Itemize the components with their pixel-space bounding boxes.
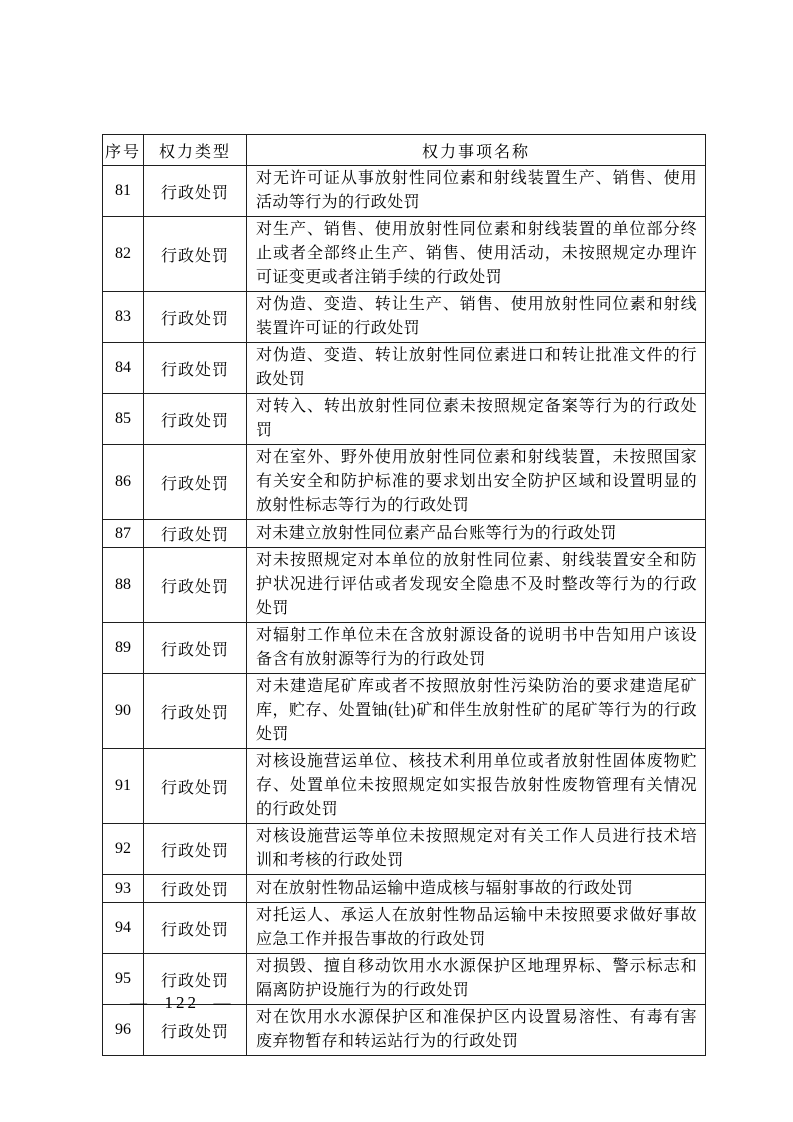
table-row: 82行政处罚对生产、销售、使用放射性同位素和射线装置的单位部分终止或者全部终止生… [103, 217, 706, 292]
row-power-item-name: 对伪造、变造、转让生产、销售、使用放射性同位素和射线装置许可证的行政处罚 [247, 292, 706, 343]
row-power-item-name: 对托运人、承运人在放射性物品运输中未按照要求做好事故应急工作并报告事故的行政处罚 [247, 903, 706, 954]
row-serial-number: 94 [103, 903, 144, 954]
row-power-item-name: 对在室外、野外使用放射性同位素和射线装置，未按照国家有关安全和防护标准的要求划出… [247, 445, 706, 520]
table-row: 91行政处罚对核设施营运单位、核技术利用单位或者放射性固体废物贮存、处置单位未按… [103, 749, 706, 824]
row-power-type: 行政处罚 [144, 520, 247, 548]
header-power-item-name: 权力事项名称 [247, 135, 706, 166]
table-header-row: 序号 权力类型 权力事项名称 [103, 135, 706, 166]
table-row: 81行政处罚对无许可证从事放射性同位素和射线装置生产、销售、使用活动等行为的行政… [103, 166, 706, 217]
table-row: 87行政处罚对未建立放射性同位素产品台账等行为的行政处罚 [103, 520, 706, 548]
row-power-type: 行政处罚 [144, 445, 247, 520]
row-power-type: 行政处罚 [144, 548, 247, 623]
table-row: 86行政处罚对在室外、野外使用放射性同位素和射线装置，未按照国家有关安全和防护标… [103, 445, 706, 520]
row-serial-number: 91 [103, 749, 144, 824]
table-row: 93行政处罚对在放射性物品运输中造成核与辐射事故的行政处罚 [103, 875, 706, 903]
row-power-item-name: 对核设施营运等单位未按照规定对有关工作人员进行技术培训和考核的行政处罚 [247, 824, 706, 875]
page-number: — 122 — [130, 993, 234, 1013]
row-power-type: 行政处罚 [144, 875, 247, 903]
row-serial-number: 93 [103, 875, 144, 903]
row-power-item-name: 对无许可证从事放射性同位素和射线装置生产、销售、使用活动等行为的行政处罚 [247, 166, 706, 217]
row-serial-number: 85 [103, 394, 144, 445]
row-power-item-name: 对未建造尾矿库或者不按照放射性污染防治的要求建造尾矿库，贮存、处置铀(钍)矿和伴… [247, 674, 706, 749]
table-row: 94行政处罚对托运人、承运人在放射性物品运输中未按照要求做好事故应急工作并报告事… [103, 903, 706, 954]
row-power-type: 行政处罚 [144, 903, 247, 954]
row-power-type: 行政处罚 [144, 292, 247, 343]
row-power-item-name: 对在放射性物品运输中造成核与辐射事故的行政处罚 [247, 875, 706, 903]
table-row: 83行政处罚对伪造、变造、转让生产、销售、使用放射性同位素和射线装置许可证的行政… [103, 292, 706, 343]
row-power-type: 行政处罚 [144, 623, 247, 674]
row-power-type: 行政处罚 [144, 749, 247, 824]
row-serial-number: 84 [103, 343, 144, 394]
row-power-type: 行政处罚 [144, 343, 247, 394]
row-serial-number: 92 [103, 824, 144, 875]
row-serial-number: 83 [103, 292, 144, 343]
row-power-item-name: 对未按照规定对本单位的放射性同位素、射线装置安全和防护状况进行评估或者发现安全隐… [247, 548, 706, 623]
row-power-item-name: 对转入、转出放射性同位素未按照规定备案等行为的行政处罚 [247, 394, 706, 445]
row-serial-number: 82 [103, 217, 144, 292]
table-row: 92行政处罚对核设施营运等单位未按照规定对有关工作人员进行技术培训和考核的行政处… [103, 824, 706, 875]
row-power-type: 行政处罚 [144, 394, 247, 445]
row-power-item-name: 对损毁、擅自移动饮用水水源保护区地理界标、警示标志和隔离防护设施行为的行政处罚 [247, 954, 706, 1005]
row-serial-number: 90 [103, 674, 144, 749]
table-row: 88行政处罚对未按照规定对本单位的放射性同位素、射线装置安全和防护状况进行评估或… [103, 548, 706, 623]
table-row: 85行政处罚对转入、转出放射性同位素未按照规定备案等行为的行政处罚 [103, 394, 706, 445]
row-power-type: 行政处罚 [144, 166, 247, 217]
row-power-type: 行政处罚 [144, 217, 247, 292]
row-serial-number: 81 [103, 166, 144, 217]
power-items-table: 序号 权力类型 权力事项名称 81行政处罚对无许可证从事放射性同位素和射线装置生… [102, 134, 706, 1056]
row-power-type: 行政处罚 [144, 674, 247, 749]
table-row: 90行政处罚对未建造尾矿库或者不按照放射性污染防治的要求建造尾矿库，贮存、处置铀… [103, 674, 706, 749]
row-power-item-name: 对生产、销售、使用放射性同位素和射线装置的单位部分终止或者全部终止生产、销售、使… [247, 217, 706, 292]
row-power-item-name: 对未建立放射性同位素产品台账等行为的行政处罚 [247, 520, 706, 548]
document-page: 序号 权力类型 权力事项名称 81行政处罚对无许可证从事放射性同位素和射线装置生… [0, 0, 793, 1122]
row-serial-number: 87 [103, 520, 144, 548]
table-body: 81行政处罚对无许可证从事放射性同位素和射线装置生产、销售、使用活动等行为的行政… [103, 166, 706, 1056]
table-row: 84行政处罚对伪造、变造、转让放射性同位素进口和转让批准文件的行政处罚 [103, 343, 706, 394]
row-power-item-name: 对核设施营运单位、核技术利用单位或者放射性固体废物贮存、处置单位未按照规定如实报… [247, 749, 706, 824]
row-serial-number: 89 [103, 623, 144, 674]
header-serial-number: 序号 [103, 135, 144, 166]
table-row: 89行政处罚对辐射工作单位未在含放射源设备的说明书中告知用户该设备含有放射源等行… [103, 623, 706, 674]
row-serial-number: 88 [103, 548, 144, 623]
row-power-type: 行政处罚 [144, 824, 247, 875]
row-power-item-name: 对在饮用水水源保护区和准保护区内设置易溶性、有毒有害废弃物暂存和转运站行为的行政… [247, 1005, 706, 1056]
row-serial-number: 86 [103, 445, 144, 520]
row-power-item-name: 对辐射工作单位未在含放射源设备的说明书中告知用户该设备含有放射源等行为的行政处罚 [247, 623, 706, 674]
header-power-type: 权力类型 [144, 135, 247, 166]
row-power-item-name: 对伪造、变造、转让放射性同位素进口和转让批准文件的行政处罚 [247, 343, 706, 394]
